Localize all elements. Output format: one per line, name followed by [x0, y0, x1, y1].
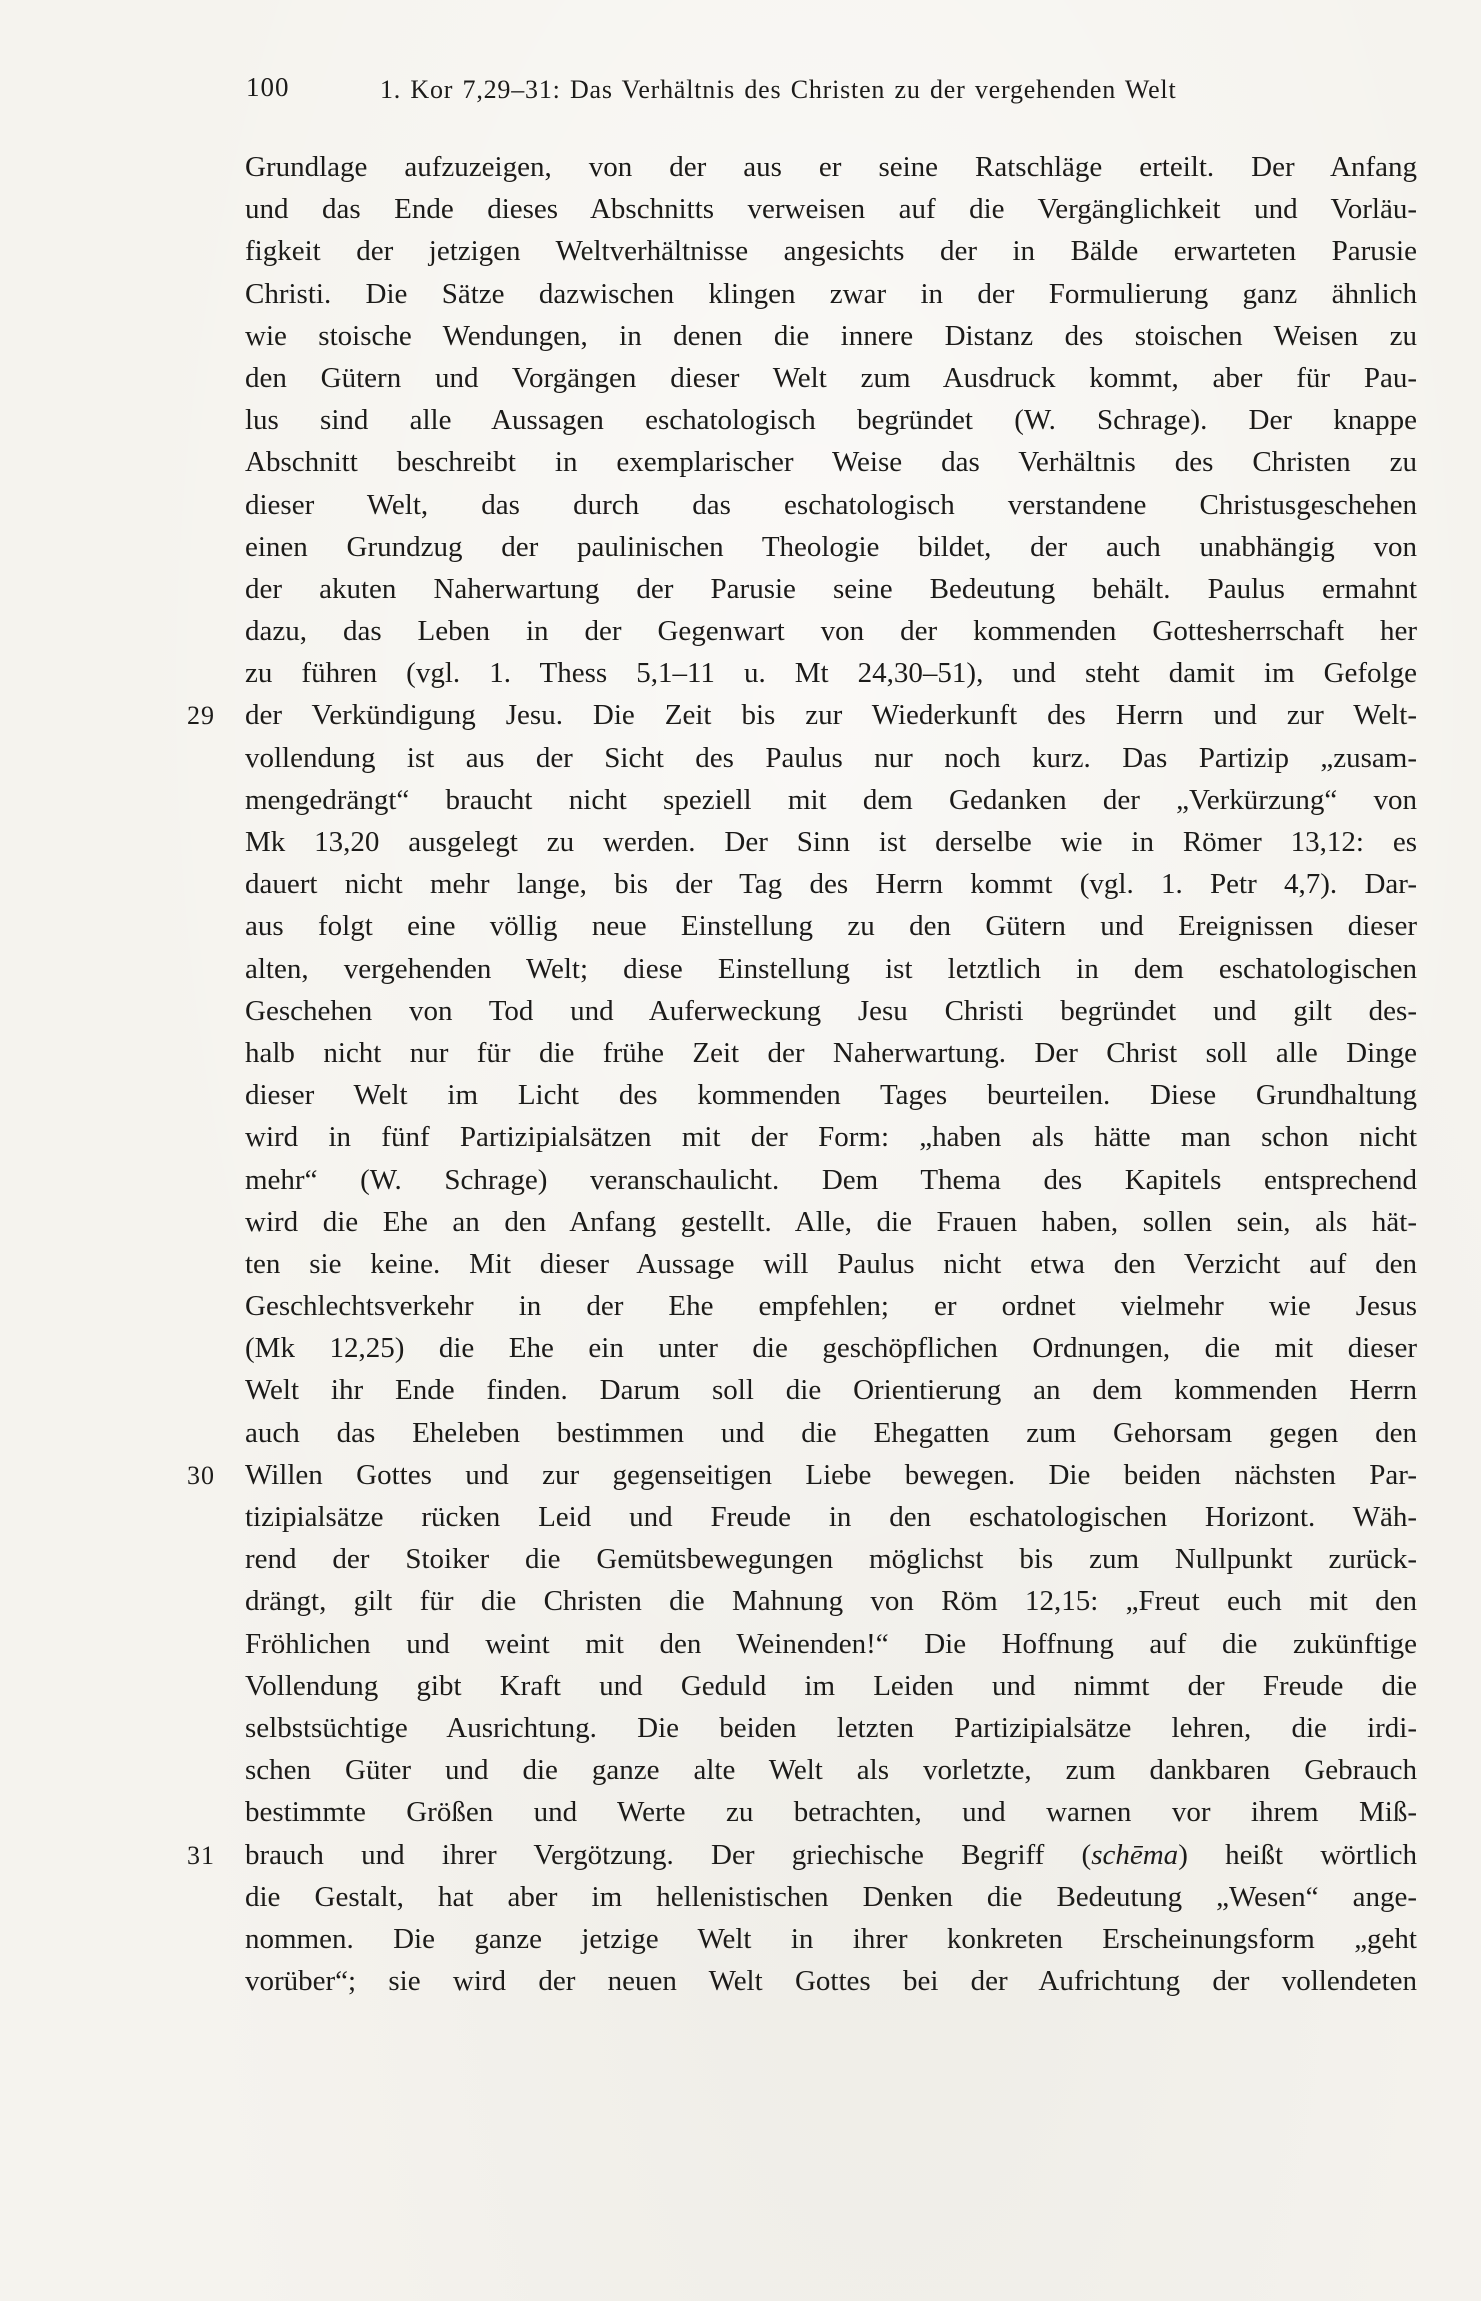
line-text: dazu, das Leben in der Gegenwart von der…	[245, 615, 1417, 647]
line-text: einen Grundzug der paulinischen Theologi…	[245, 531, 1417, 563]
text-line: wird die Ehe an den Anfang gestellt. All…	[245, 1201, 1417, 1243]
text-line: dauert nicht mehr lange, bis der Tag des…	[245, 863, 1417, 905]
line-text: (Mk 12,25) die Ehe ein unter die geschöp…	[245, 1332, 1417, 1364]
text-line: dazu, das Leben in der Gegenwart von der…	[245, 610, 1417, 652]
line-text: Willen Gottes und zur gegenseitigen Lieb…	[245, 1459, 1417, 1491]
line-text: tizipialsätze rücken Leid und Freude in …	[245, 1501, 1417, 1533]
line-text: Mk 13,20 ausgelegt zu werden. Der Sinn i…	[245, 826, 1417, 858]
text-line: mengedrängt“ braucht nicht speziell mit …	[245, 779, 1417, 821]
line-text: schen Güter und die ganze alte Welt als …	[245, 1754, 1417, 1786]
line-text: ten sie keine. Mit dieser Aussage will P…	[245, 1248, 1417, 1280]
text-line: wird in fünf Partizipialsätzen mit der F…	[245, 1116, 1417, 1158]
line-text: Abschnitt beschreibt in exemplarischer W…	[245, 446, 1417, 478]
page-number: 100	[246, 72, 290, 103]
line-text: aus folgt eine völlig neue Einstellung z…	[245, 910, 1417, 942]
line-text: dieser Welt im Licht des kommenden Tages…	[245, 1079, 1417, 1111]
line-text: nommen. Die ganze jetzige Welt in ihrer …	[245, 1923, 1417, 1955]
verse-number: 31	[187, 1835, 231, 1877]
line-text: ) heißt wörtlich	[1178, 1839, 1417, 1871]
line-text: wie stoische Wendungen, in denen die inn…	[245, 320, 1417, 352]
text-line: figkeit der jetzigen Weltverhältnisse an…	[245, 230, 1417, 272]
line-text: den Gütern und Vorgängen dieser Welt zum…	[245, 362, 1417, 394]
running-head: 1. Kor 7,29–31: Das Verhältnis des Chris…	[380, 75, 1176, 105]
text-line: rend der Stoiker die Gemütsbewegungen mö…	[245, 1538, 1417, 1580]
text-line: Abschnitt beschreibt in exemplarischer W…	[245, 441, 1417, 483]
line-text: und das Ende dieses Abschnitts verweisen…	[245, 193, 1417, 225]
line-text: brauch und ihrer Vergötzung. Der griechi…	[245, 1839, 1091, 1871]
line-text: Geschehen von Tod und Auferweckung Jesu …	[245, 995, 1417, 1027]
line-text: Geschlechtsverkehr in der Ehe empfehlen;…	[245, 1290, 1417, 1322]
text-line: und das Ende dieses Abschnitts verweisen…	[245, 188, 1417, 230]
text-line: die Gestalt, hat aber im hellenistischen…	[245, 1876, 1417, 1918]
line-text: wird in fünf Partizipialsätzen mit der F…	[245, 1121, 1417, 1153]
text-line: Vollendung gibt Kraft und Geduld im Leid…	[245, 1665, 1417, 1707]
text-line: Mk 13,20 ausgelegt zu werden. Der Sinn i…	[245, 821, 1417, 863]
line-text: mengedrängt“ braucht nicht speziell mit …	[245, 784, 1417, 816]
line-text: zu führen (vgl. 1. Thess 5,1–11 u. Mt 24…	[245, 657, 1417, 689]
line-text: wird die Ehe an den Anfang gestellt. All…	[245, 1206, 1417, 1238]
text-line: selbstsüchtige Ausrichtung. Die beiden l…	[245, 1707, 1417, 1749]
line-text: lus sind alle Aussagen eschatologisch be…	[245, 404, 1417, 436]
line-text: halb nicht nur für die frühe Zeit der Na…	[245, 1037, 1417, 1069]
italic-term: schēma	[1091, 1839, 1178, 1871]
text-line: auch das Eheleben bestimmen und die Eheg…	[245, 1412, 1417, 1454]
line-text: auch das Eheleben bestimmen und die Eheg…	[245, 1417, 1417, 1449]
line-text: mehr“ (W. Schrage) veranschaulicht. Dem …	[245, 1164, 1417, 1196]
line-text: rend der Stoiker die Gemütsbewegungen mö…	[245, 1543, 1417, 1575]
text-line: Welt ihr Ende finden. Darum soll die Ori…	[245, 1369, 1417, 1411]
text-line: bestimmte Größen und Werte zu betrachten…	[245, 1791, 1417, 1833]
text-line: wie stoische Wendungen, in denen die inn…	[245, 315, 1417, 357]
text-line: Christi. Die Sätze dazwischen klingen zw…	[245, 273, 1417, 315]
text-line: tizipialsätze rücken Leid und Freude in …	[245, 1496, 1417, 1538]
line-text: dieser Welt, das durch das eschatologisc…	[245, 489, 1417, 521]
text-line: dieser Welt, das durch das eschatologisc…	[245, 484, 1417, 526]
line-text: dauert nicht mehr lange, bis der Tag des…	[245, 868, 1417, 900]
line-text: alten, vergehenden Welt; diese Einstellu…	[245, 953, 1417, 985]
text-line: Geschehen von Tod und Auferweckung Jesu …	[245, 990, 1417, 1032]
verse-number: 30	[187, 1455, 231, 1497]
text-line: (Mk 12,25) die Ehe ein unter die geschöp…	[245, 1327, 1417, 1369]
text-line: Grundlage aufzuzeigen, von der aus er se…	[245, 146, 1417, 188]
text-line: 31brauch und ihrer Vergötzung. Der griec…	[245, 1834, 1417, 1876]
text-line: 29der Verkündigung Jesu. Die Zeit bis zu…	[245, 694, 1417, 736]
line-text: Grundlage aufzuzeigen, von der aus er se…	[245, 151, 1417, 183]
line-text: vorüber“; sie wird der neuen Welt Gottes…	[245, 1965, 1417, 1997]
text-line: aus folgt eine völlig neue Einstellung z…	[245, 905, 1417, 947]
text-line: drängt, gilt für die Christen die Mahnun…	[245, 1580, 1417, 1622]
text-line: 30Willen Gottes und zur gegenseitigen Li…	[245, 1454, 1417, 1496]
line-text: der Verkündigung Jesu. Die Zeit bis zur …	[245, 699, 1417, 731]
line-text: vollendung ist aus der Sicht des Paulus …	[245, 742, 1417, 774]
text-line: Geschlechtsverkehr in der Ehe empfehlen;…	[245, 1285, 1417, 1327]
text-line: einen Grundzug der paulinischen Theologi…	[245, 526, 1417, 568]
line-text: selbstsüchtige Ausrichtung. Die beiden l…	[245, 1712, 1417, 1744]
text-line: lus sind alle Aussagen eschatologisch be…	[245, 399, 1417, 441]
verse-number: 29	[187, 695, 231, 737]
text-line: vollendung ist aus der Sicht des Paulus …	[245, 737, 1417, 779]
line-text: drängt, gilt für die Christen die Mahnun…	[245, 1585, 1417, 1617]
text-line: zu führen (vgl. 1. Thess 5,1–11 u. Mt 24…	[245, 652, 1417, 694]
book-page: 100 1. Kor 7,29–31: Das Verhältnis des C…	[0, 0, 1481, 2301]
line-text: Fröhlichen und weint mit den Weinenden!“…	[245, 1628, 1417, 1660]
text-line: vorüber“; sie wird der neuen Welt Gottes…	[245, 1960, 1417, 2002]
text-line: schen Güter und die ganze alte Welt als …	[245, 1749, 1417, 1791]
line-text: Christi. Die Sätze dazwischen klingen zw…	[245, 278, 1417, 310]
text-line: Fröhlichen und weint mit den Weinenden!“…	[245, 1623, 1417, 1665]
text-line: mehr“ (W. Schrage) veranschaulicht. Dem …	[245, 1159, 1417, 1201]
text-line: den Gütern und Vorgängen dieser Welt zum…	[245, 357, 1417, 399]
line-text: Welt ihr Ende finden. Darum soll die Ori…	[245, 1374, 1417, 1406]
line-text: der akuten Naherwartung der Parusie sein…	[245, 573, 1417, 605]
running-head-row: 100 1. Kor 7,29–31: Das Verhältnis des C…	[0, 0, 1481, 120]
text-line: halb nicht nur für die frühe Zeit der Na…	[245, 1032, 1417, 1074]
line-text: bestimmte Größen und Werte zu betrachten…	[245, 1796, 1417, 1828]
line-text: Vollendung gibt Kraft und Geduld im Leid…	[245, 1670, 1417, 1702]
text-line: alten, vergehenden Welt; diese Einstellu…	[245, 948, 1417, 990]
text-line: dieser Welt im Licht des kommenden Tages…	[245, 1074, 1417, 1116]
text-block: Grundlage aufzuzeigen, von der aus er se…	[245, 146, 1417, 2002]
text-line: nommen. Die ganze jetzige Welt in ihrer …	[245, 1918, 1417, 1960]
text-line: ten sie keine. Mit dieser Aussage will P…	[245, 1243, 1417, 1285]
line-text: die Gestalt, hat aber im hellenistischen…	[245, 1881, 1417, 1913]
text-line: der akuten Naherwartung der Parusie sein…	[245, 568, 1417, 610]
line-text: figkeit der jetzigen Weltverhältnisse an…	[245, 235, 1417, 267]
